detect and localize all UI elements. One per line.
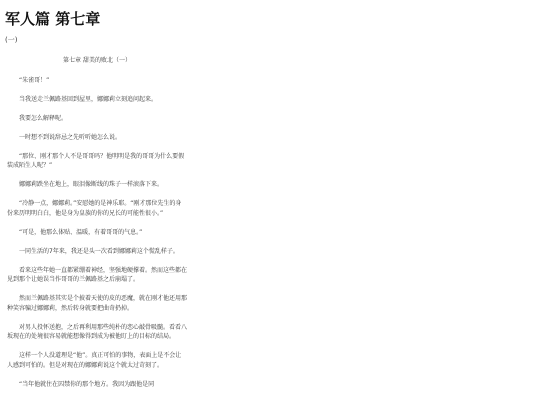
paragraph: “当年他就住在囚禁你的那个地方。我因为跟他是同 xyxy=(7,380,187,390)
paragraph: “朱雀哥！” xyxy=(7,76,187,86)
paragraph: 一同生活的7年来，我还是头一次看到娜娜莉这个慌乱样子。 xyxy=(7,247,187,257)
paragraph: 当我送走兰佩路基回到屋里，娜娜莉立刻追问起来。 xyxy=(7,95,187,105)
page-title: 军人篇 第七章 xyxy=(5,8,100,29)
paragraph: 对男人投怀送抱，之后再利用那些纯朴的恋心敲骨吸髓。看看八坂现在的处境很容易就能想… xyxy=(7,323,187,342)
paragraph: 我要怎么解释呢。 xyxy=(7,114,187,124)
paragraph: 娜娜莉跌坐在地上，眼泪像断线的珠子一样滚落下来。 xyxy=(7,180,187,190)
section-label: (一) xyxy=(5,35,17,45)
paragraph: 看来这些年她一直都紧绷着神经，坚强地硬撑着。然而这些都在见到那个让她误当作哥哥的… xyxy=(7,266,187,285)
article-body: 第七章 甜美的败北（一） “朱雀哥！” 当我送走兰佩路基回到屋里，娜娜莉立刻追问… xyxy=(7,56,187,399)
paragraph: 一时想不到说辞忌之先听听她怎么说。 xyxy=(7,133,187,143)
paragraph: “可是，他那么体贴、温暖，有着哥哥的气息。” xyxy=(7,228,187,238)
chapter-heading: 第七章 甜美的败北（一） xyxy=(7,56,187,66)
paragraph: “冷静一点，娜娜莉。”安慰她的是神乐耶。“刚才那位先生的身份来历明明白白，他是身… xyxy=(7,199,187,218)
paragraph: 这样一个人没道理是“他”。真正可怕的事物，表面上是不会让人感到可怕的。但是对现在… xyxy=(7,351,187,370)
paragraph: 然而兰佩路基其实是个披着天使的皮的恶魔，就在刚才他还用那种笑容骗过娜娜莉，然后转… xyxy=(7,294,187,313)
paragraph: “那位、刚才那个人不是哥哥吗？他明明是我的哥哥为什么要假装成陌生人呢？” xyxy=(7,152,187,171)
